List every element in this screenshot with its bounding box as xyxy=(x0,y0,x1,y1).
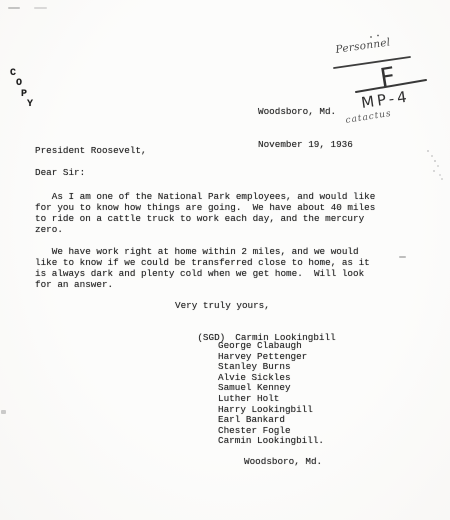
handwritten-code-lower: MP-4 xyxy=(360,87,411,112)
scan-mark xyxy=(34,7,47,9)
pencil-dot xyxy=(377,35,379,37)
scan-mark xyxy=(399,256,406,258)
letter-paragraph-2: We have work right at home within 2 mile… xyxy=(35,246,370,290)
pencil-dot xyxy=(370,36,372,38)
signatories-list: George Clabaugh Harvey Pettenger Stanley… xyxy=(218,341,324,447)
letter-closing: Very truly yours, xyxy=(175,300,270,311)
scan-mark xyxy=(8,7,20,9)
letter-salutation: Dear Sir: xyxy=(35,167,85,178)
handwritten-annotation: Personnel F MP-4 catactus xyxy=(318,28,450,130)
letter-paragraph-1: As I am one of the National Park employe… xyxy=(35,191,375,235)
scan-smudge xyxy=(1,410,6,414)
copy-stamp-letter: O xyxy=(16,78,22,89)
handwritten-note: catactus xyxy=(345,109,392,126)
dateline-date: November 19, 1936 xyxy=(258,139,353,150)
letter-recipient: President Roosevelt, xyxy=(35,145,147,156)
scan-speckles xyxy=(427,150,429,152)
handwritten-word: Personnel xyxy=(334,36,391,56)
scanned-letter-page: C O P Y Woodsboro, Md. November 19, 1936… xyxy=(0,0,450,520)
pencil-underline xyxy=(334,57,410,68)
footer-place: Woodsboro, Md. xyxy=(244,456,322,467)
copy-stamp-letter: Y xyxy=(27,99,33,110)
